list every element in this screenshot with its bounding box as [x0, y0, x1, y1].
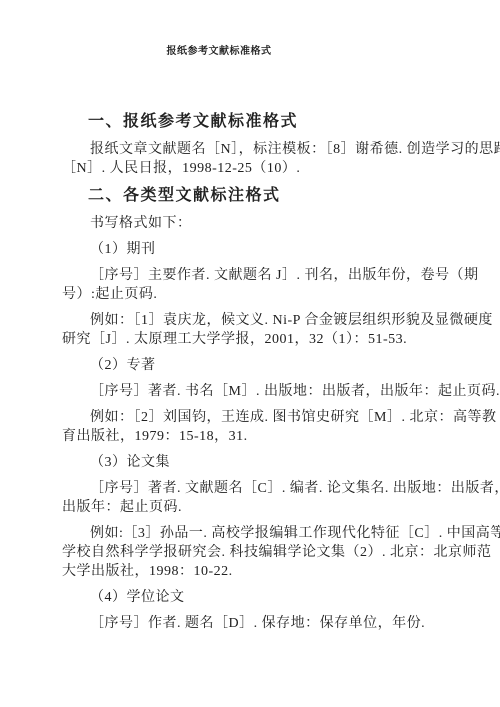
text-line: ［N］. 人民日报，1998-12-25（10）.: [62, 159, 442, 178]
para-item-2-monograph-label: （2）专著: [62, 356, 442, 375]
text-line: （1）期刊: [62, 240, 442, 259]
heading-text: 二、各类型文献标注格式: [62, 185, 442, 207]
para-item-1-journal-label: （1）期刊: [62, 240, 442, 259]
text-line: 书写格式如下：: [62, 214, 442, 233]
heading-newspaper-format: 一、报纸参考文献标准格式: [62, 111, 442, 133]
text-line: 报纸文章文献题名［N］，标注模板：［8］谢希德. 创造学习的思路: [62, 140, 442, 159]
text-line: 号）:起止页码.: [62, 285, 442, 304]
text-line: 例如：［1］袁庆龙，候文义. Ni-P 合金镀层组织形貌及显微硬度: [62, 311, 442, 330]
para-writing-format-intro: 书写格式如下：: [62, 214, 442, 233]
para-monograph-format: ［序号］著者. 书名［M］. 出版地：出版者，出版年：起止页码.: [62, 382, 442, 401]
text-line: ［序号］主要作者. 文献题名 J］. 刊名，出版年份，卷号（期: [62, 266, 442, 285]
document-page: 报纸参考文献标准格式 一、报纸参考文献标准格式 报纸文章文献题名［N］，标注模板…: [0, 0, 500, 707]
text-line: ［序号］著者. 文献题名［C］. 编者. 论文集名. 出版地：出版者，: [62, 479, 442, 498]
para-proceedings-format: ［序号］著者. 文献题名［C］. 编者. 论文集名. 出版地：出版者， 出版年：…: [62, 479, 442, 517]
text-line: 研究［J］. 太原理工大学学报，2001，32（1）：51-53.: [62, 330, 442, 349]
text-line: 例如:［3］孙品一. 高校学报编辑工作现代化特征［C］. 中国高等: [62, 524, 442, 543]
doc-title: 报纸参考文献标准格式: [62, 46, 442, 58]
para-proceedings-example: 例如:［3］孙品一. 高校学报编辑工作现代化特征［C］. 中国高等 学校自然科学…: [62, 524, 442, 581]
text-line: （2）专著: [62, 356, 442, 375]
text-line: （4）学位论文: [62, 588, 442, 607]
text-line: 学校自然科学学报研究会. 科技编辑学论文集（2）. 北京：北京师范: [62, 543, 442, 562]
para-monograph-example: 例如：［2］刘国钧，王连成. 图书馆史研究［M］. 北京：高等教 育出版社，19…: [62, 408, 442, 446]
para-journal-example: 例如：［1］袁庆龙，候文义. Ni-P 合金镀层组织形貌及显微硬度 研究［J］.…: [62, 311, 442, 349]
para-thesis-format: ［序号］作者. 题名［D］. 保存地：保存单位，年份.: [62, 614, 442, 633]
text-line: ［序号］作者. 题名［D］. 保存地：保存单位，年份.: [62, 614, 442, 633]
text-line: 出版年：起止页码.: [62, 498, 442, 517]
heading-citation-types: 二、各类型文献标注格式: [62, 185, 442, 207]
para-newspaper-template: 报纸文章文献题名［N］，标注模板：［8］谢希德. 创造学习的思路 ［N］. 人民…: [62, 140, 442, 178]
text-line: （3）论文集: [62, 453, 442, 472]
para-journal-format: ［序号］主要作者. 文献题名 J］. 刊名，出版年份，卷号（期 号）:起止页码.: [62, 266, 442, 304]
text-line: 例如：［2］刘国钧，王连成. 图书馆史研究［M］. 北京：高等教: [62, 408, 442, 427]
text-line: 育出版社，1979：15-18，31.: [62, 427, 442, 446]
text-line: 大学出版社，1998：10-22.: [62, 562, 442, 581]
heading-text: 一、报纸参考文献标准格式: [62, 111, 442, 133]
para-item-4-thesis-label: （4）学位论文: [62, 588, 442, 607]
para-item-3-proceedings-label: （3）论文集: [62, 453, 442, 472]
text-line: ［序号］著者. 书名［M］. 出版地：出版者，出版年：起止页码.: [62, 382, 442, 401]
